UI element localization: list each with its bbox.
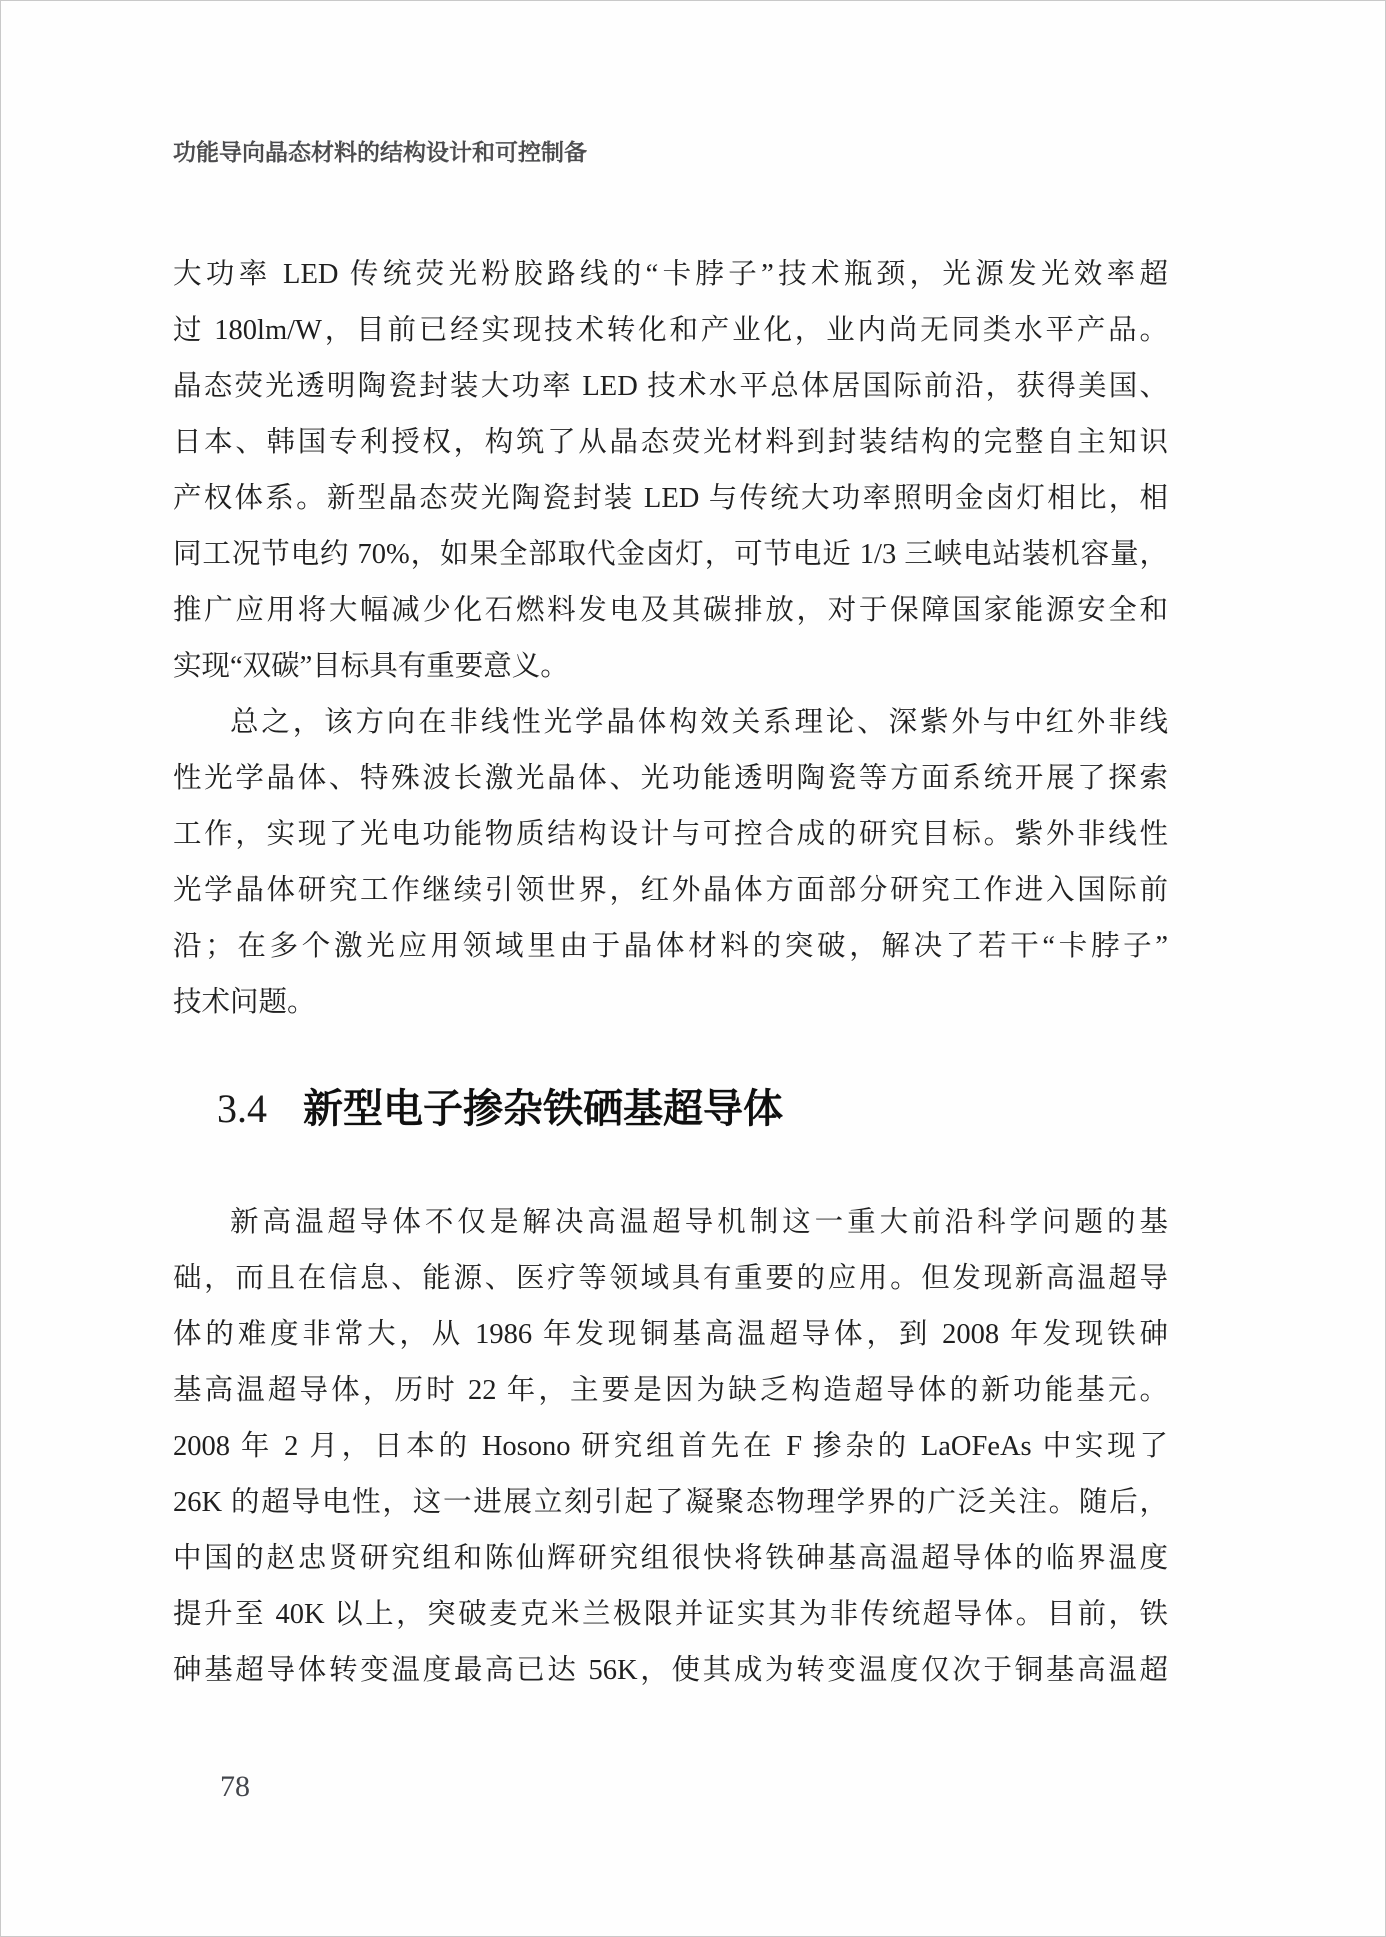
body-line: 产权体系。新型晶态荧光陶瓷封装 LED 与传统大功率照明金卤灯相比，相 (173, 471, 1168, 527)
body-line: 2008 年 2 月，日本的 Hosono 研究组首先在 F 掺杂的 LaOFe… (173, 1419, 1168, 1475)
body-line: 性光学晶体、特殊波长激光晶体、光功能透明陶瓷等方面系统开展了探索 (173, 751, 1168, 807)
section-number: 3.4 (217, 1086, 267, 1131)
body-line: 新高温超导体不仅是解决高温超导机制这一重大前沿科学问题的基 (173, 1195, 1168, 1251)
body-line: 总之，该方向在非线性光学晶体构效关系理论、深紫外与中红外非线 (173, 695, 1168, 751)
document-page: 功能导向晶态材料的结构设计和可控制备 大功率 LED 传统荧光粉胶路线的“卡脖子… (0, 0, 1386, 1937)
body-line: 中国的赵忠贤研究组和陈仙辉研究组很快将铁砷基高温超导体的临界温度 (173, 1531, 1168, 1587)
body-line: 过 180lm/W，目前已经实现技术转化和产业化，业内尚无同类水平产品。 (173, 303, 1168, 359)
section-title: 新型电子掺杂铁硒基超导体 (303, 1086, 783, 1131)
body-line: 同工况节电约 70%，如果全部取代金卤灯，可节电近 1/3 三峡电站装机容量， (173, 527, 1168, 583)
body-line: 晶态荧光透明陶瓷封装大功率 LED 技术水平总体居国际前沿，获得美国、 (173, 359, 1168, 415)
body-line: 础，而且在信息、能源、医疗等领域具有重要的应用。但发现新高温超导 (173, 1251, 1168, 1307)
body-line: 实现“双碳”目标具有重要意义。 (173, 639, 1168, 695)
section-heading: 3.4新型电子掺杂铁硒基超导体 (217, 1085, 783, 1133)
body-text-block-top: 大功率 LED 传统荧光粉胶路线的“卡脖子”技术瓶颈，光源发光效率超过 180l… (173, 247, 1168, 1031)
body-text-block-bottom: 新高温超导体不仅是解决高温超导机制这一重大前沿科学问题的基础，而且在信息、能源、… (173, 1195, 1168, 1699)
page-number: 78 (220, 1769, 250, 1805)
body-line: 沿；在多个激光应用领域里由于晶体材料的突破，解决了若干“卡脖子” (173, 919, 1168, 975)
body-line: 光学晶体研究工作继续引领世界，红外晶体方面部分研究工作进入国际前 (173, 863, 1168, 919)
body-line: 26K 的超导电性，这一进展立刻引起了凝聚态物理学界的广泛关注。随后， (173, 1475, 1168, 1531)
body-line: 日本、韩国专利授权，构筑了从晶态荧光材料到封装结构的完整自主知识 (173, 415, 1168, 471)
body-line: 体的难度非常大，从 1986 年发现铜基高温超导体，到 2008 年发现铁砷 (173, 1307, 1168, 1363)
body-line: 推广应用将大幅减少化石燃料发电及其碳排放，对于保障国家能源安全和 (173, 583, 1168, 639)
body-line: 基高温超导体，历时 22 年，主要是因为缺乏构造超导体的新功能基元。 (173, 1363, 1168, 1419)
body-line: 技术问题。 (173, 975, 1168, 1031)
page-running-header: 功能导向晶态材料的结构设计和可控制备 (173, 137, 587, 167)
body-line: 工作，实现了光电功能物质结构设计与可控合成的研究目标。紫外非线性 (173, 807, 1168, 863)
body-line: 大功率 LED 传统荧光粉胶路线的“卡脖子”技术瓶颈，光源发光效率超 (173, 247, 1168, 303)
body-line: 提升至 40K 以上，突破麦克米兰极限并证实其为非传统超导体。目前，铁 (173, 1587, 1168, 1643)
body-line: 砷基超导体转变温度最高已达 56K，使其成为转变温度仅次于铜基高温超 (173, 1643, 1168, 1699)
